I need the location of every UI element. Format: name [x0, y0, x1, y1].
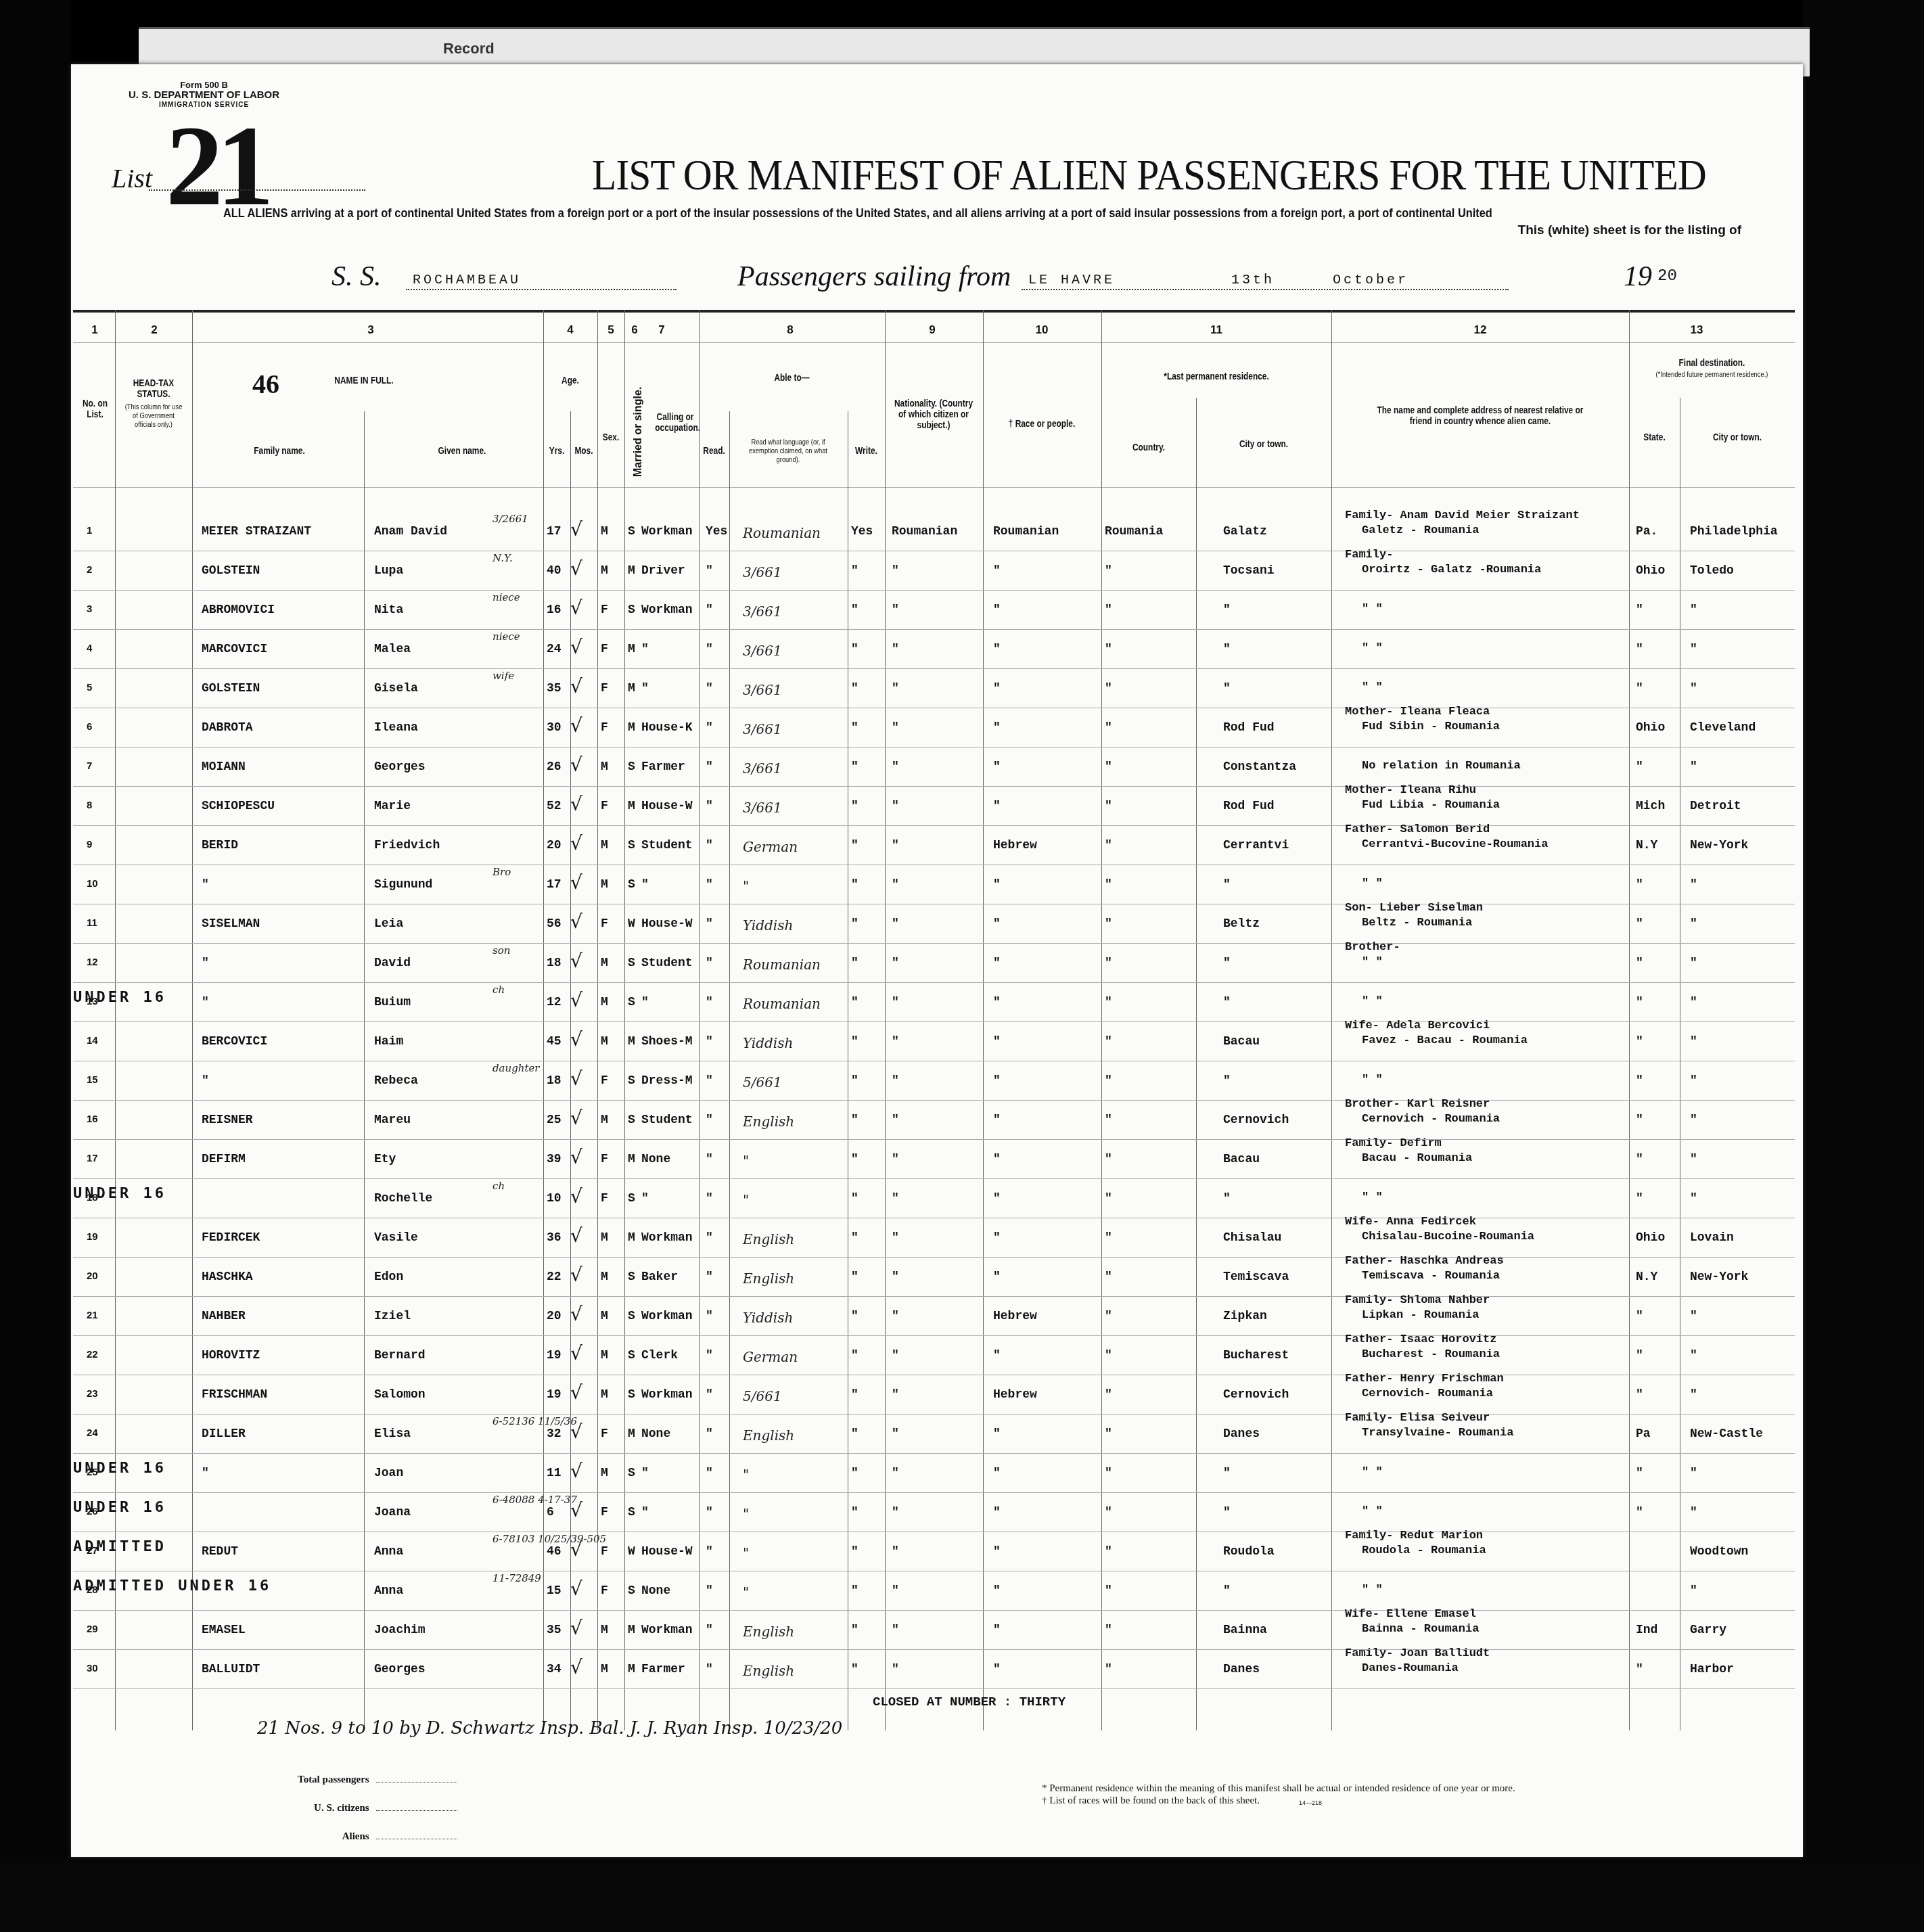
cell-lang: 3/661 — [743, 564, 782, 580]
cell-state: Ohio — [1636, 721, 1665, 735]
inspector-signatures: 21 Nos. 9 to 10 by D. Schwartz Insp. Bal… — [257, 1718, 842, 1739]
cell-relative-line1: Father- Isaac Horovitz — [1345, 1333, 1496, 1348]
cell-read: " — [706, 1349, 713, 1362]
cell-sex: M — [601, 996, 608, 1009]
cell-note: wife — [493, 670, 514, 682]
cell-family: EMASEL — [202, 1624, 246, 1637]
cell-nat: Roumanian — [892, 525, 957, 538]
cell-no: 1 — [87, 525, 92, 536]
cell-read: " — [706, 1467, 713, 1480]
cell-city: " — [1223, 603, 1231, 617]
cell-occ: Workman — [641, 603, 693, 617]
cell-lang: English — [743, 1663, 794, 1679]
cell-ms: M — [628, 682, 635, 695]
cell-relative-line2: Oroirtz - Galatz -Roumania — [1362, 563, 1541, 578]
form-number: Form 500 B — [129, 80, 279, 90]
col-num-12: 12 — [1474, 323, 1487, 337]
ship-name: ROCHAMBEAU — [413, 273, 521, 288]
cell-given: Malea — [374, 643, 411, 656]
cell-dest: " — [1690, 1310, 1697, 1323]
cell-given: Ileana — [374, 721, 418, 735]
cell-read: Yes — [706, 525, 727, 538]
checkmark-icon: √ — [570, 1656, 582, 1678]
cell-write: " — [851, 760, 858, 774]
cell-sex: F — [601, 917, 608, 931]
cell-sex: M — [601, 525, 608, 538]
cell-write: " — [851, 603, 858, 617]
cell-read: " — [706, 800, 713, 813]
checkmark-icon: √ — [570, 1617, 582, 1639]
aliens-field — [376, 1839, 457, 1839]
cell-occ: House-W — [641, 1545, 693, 1559]
cell-lang: English — [743, 1624, 794, 1640]
cell-dest: Toledo — [1690, 564, 1734, 578]
cell-country: Roumania — [1105, 525, 1163, 538]
cell-city: Galatz — [1223, 525, 1267, 538]
cell-given: Georges — [374, 1663, 426, 1676]
checkmark-icon: √ — [570, 1381, 582, 1404]
cell-occ: Student — [641, 839, 693, 852]
cell-dest: " — [1690, 1153, 1697, 1166]
cell-city: Rod Fud — [1223, 800, 1275, 813]
cell-age: 30 — [547, 721, 562, 735]
cell-ms: M — [628, 1427, 635, 1441]
cell-sex: F — [601, 800, 608, 813]
cell-age: 35 — [547, 682, 562, 695]
table-row: 22HOROVITZBernard19MSClerk"German""""Buc… — [73, 1337, 1795, 1376]
cell-race: " — [993, 1192, 1001, 1205]
cell-race: Hebrew — [993, 839, 1037, 852]
table-row: 4MARCOVICIMalea24FM""3/661"""""""niece" … — [73, 630, 1795, 670]
cell-occ: Workman — [641, 1624, 693, 1637]
cell-read: " — [706, 996, 713, 1009]
cell-lang: " — [743, 878, 749, 894]
cell-occ: Workman — [641, 1388, 693, 1402]
cell-city: Temiscava — [1223, 1270, 1289, 1284]
cell-age: 40 — [547, 564, 562, 578]
cell-dest: " — [1690, 1349, 1697, 1362]
cell-race: " — [993, 996, 1001, 1009]
cell-nat: " — [892, 1310, 899, 1323]
cell-no: 2 — [87, 564, 92, 576]
cell-country: " — [1105, 1427, 1112, 1441]
header-dest-city: City or town. — [1689, 432, 1787, 442]
cell-race: " — [993, 603, 1001, 617]
header-age: Age. — [547, 375, 593, 386]
department: U. S. DEPARTMENT OF LABOR — [129, 90, 279, 100]
ship-line — [406, 289, 677, 290]
cell-sex: M — [601, 1349, 608, 1362]
cell-state: N.Y — [1636, 839, 1657, 852]
cell-ms: M — [628, 1231, 635, 1245]
cell-relative-line2: Lipkan - Roumania — [1362, 1308, 1479, 1323]
cell-dest: New-York — [1690, 1270, 1748, 1284]
cell-sex: M — [601, 760, 608, 774]
header-family-name: Family name. — [236, 445, 323, 456]
table-row: 26UNDER 16Joana6FS""""""""""6-48088 4-17… — [73, 1494, 1795, 1533]
cell-dest: " — [1690, 1113, 1697, 1127]
cell-race: " — [993, 878, 1001, 892]
cell-no: 20 — [87, 1270, 98, 1282]
cell-age: 36 — [547, 1231, 562, 1245]
day: 13th — [1231, 273, 1275, 288]
cell-given: Anna — [374, 1584, 403, 1598]
cell-write: " — [851, 1506, 858, 1519]
cell-note: niece — [493, 630, 520, 643]
checkmark-icon: √ — [570, 1578, 582, 1600]
header-married: Married or single. — [633, 384, 644, 479]
cell-country: " — [1105, 917, 1112, 931]
checkmark-icon: √ — [570, 911, 582, 933]
cell-age: 17 — [547, 525, 562, 538]
cell-dest: " — [1690, 957, 1697, 970]
cell-relative-line2: Galetz - Roumania — [1362, 524, 1479, 538]
checkmark-icon: √ — [570, 1224, 582, 1247]
cell-sex: F — [601, 643, 608, 656]
header-final-destination-note: (*Intended future permanent residence.) — [1641, 371, 1782, 379]
checkmark-icon: √ — [570, 1460, 582, 1482]
cell-dest: New-Castle — [1690, 1427, 1763, 1441]
cell-dest: Harbor — [1690, 1663, 1734, 1676]
cell-lang: Roumanian — [743, 957, 821, 973]
cell-country: " — [1105, 1545, 1112, 1559]
cell-family: ABROMOVICI — [202, 603, 275, 617]
cell-race: " — [993, 564, 1001, 578]
cell-family: GOLSTEIN — [202, 682, 260, 695]
cell-relative-line1: Wife- Adela Bercovici — [1345, 1019, 1490, 1034]
cell-state: Pa — [1636, 1427, 1651, 1441]
list-label: List — [112, 162, 152, 194]
cell-race: " — [993, 1349, 1001, 1362]
cell-state: " — [1636, 1467, 1643, 1480]
cell-age: 20 — [547, 1310, 562, 1323]
cell-sex: F — [601, 1506, 608, 1519]
table-row: 1MEIER STRAIZANTAnam David17MSWorkmanYes… — [73, 513, 1795, 552]
cell-no: 30 — [87, 1663, 98, 1674]
cell-dest: " — [1690, 603, 1697, 617]
cell-country: " — [1105, 1074, 1112, 1088]
cell-city: " — [1223, 1074, 1231, 1088]
cell-no: 7 — [87, 760, 92, 772]
cell-relative-line1: Family- Anam David Meier Straizant — [1345, 509, 1580, 524]
cell-age: 12 — [547, 996, 562, 1009]
cell-relative-line1: Brother- — [1345, 940, 1400, 955]
cell-country: " — [1105, 1584, 1112, 1598]
cell-occ: " — [641, 1467, 649, 1480]
cell-dest: " — [1690, 1388, 1697, 1402]
total-passengers-label: Total passengers — [298, 1774, 369, 1785]
cell-write: " — [851, 1231, 858, 1245]
cell-country: " — [1105, 643, 1112, 656]
cell-family: HOROVITZ — [202, 1349, 260, 1362]
cell-family: NAHBER — [202, 1310, 246, 1323]
cell-write: " — [851, 564, 858, 578]
cell-occ: Shoes-M — [641, 1035, 693, 1049]
cell-relative-line1: Father- Henry Frischman — [1345, 1372, 1504, 1387]
scan-border-left — [0, 0, 71, 1932]
cell-dest: " — [1690, 1192, 1697, 1205]
cell-age: 56 — [547, 917, 562, 931]
cell-lang: 3/661 — [743, 760, 782, 777]
cell-relative-line1: Son- Lieber Siselman — [1345, 901, 1483, 916]
cell-country: " — [1105, 1231, 1112, 1245]
checkmark-icon: √ — [570, 1185, 582, 1207]
cell-race: " — [993, 682, 1001, 695]
cell-note: ch — [493, 1180, 505, 1192]
cell-relative-line2: " " — [1362, 877, 1383, 892]
cell-nat: " — [892, 1349, 899, 1362]
cell-read: " — [706, 1663, 713, 1676]
cell-given: Georges — [374, 760, 426, 774]
cell-lang: " — [743, 1467, 749, 1483]
header-given-name: Given name. — [419, 445, 505, 456]
checkmark-icon: √ — [570, 1499, 582, 1521]
cell-race: " — [993, 1153, 1001, 1166]
header-mos: Mos. — [572, 445, 595, 456]
footnote-residence: * Permanent residence within the meaning… — [1042, 1782, 1515, 1795]
table-row: 23FRISCHMANSalomon19MSWorkman"5/661""Heb… — [73, 1376, 1795, 1415]
cell-write: " — [851, 996, 858, 1009]
cell-ms: M — [628, 1663, 635, 1676]
col-num-9: 9 — [929, 323, 935, 337]
cell-city: " — [1223, 682, 1231, 695]
checkmark-icon: √ — [570, 1342, 582, 1364]
cell-sex: M — [601, 957, 608, 970]
table-row: 13UNDER 16"Buium12MS""Roumanian"""""""ch… — [73, 984, 1795, 1023]
cell-nat: " — [892, 721, 899, 735]
cell-nat: " — [892, 643, 899, 656]
cell-sex: F — [601, 1427, 608, 1441]
cell-lang: English — [743, 1113, 794, 1130]
cell-nat: " — [892, 1113, 899, 1127]
cell-ms: S — [628, 1349, 635, 1362]
cell-write: " — [851, 1270, 858, 1284]
year-suffix: 20 — [1657, 267, 1677, 285]
voyage-line: S. S. ROCHAMBEAU Passengers sailing from… — [331, 260, 1718, 294]
cell-country: " — [1105, 1349, 1112, 1362]
cell-ms: M — [628, 800, 635, 813]
cell-sex: F — [601, 682, 608, 695]
ss-label: S. S. — [331, 260, 382, 293]
cell-note: 11-72849 — [493, 1572, 541, 1584]
cell-no: 6 — [87, 721, 92, 733]
table-row: 21NAHBERIziel20MSWorkman"Yiddish""Hebrew… — [73, 1297, 1795, 1337]
cell-ms: S — [628, 1467, 635, 1480]
table-row: 16REISNERMareu25MSStudent"English""""Cer… — [73, 1101, 1795, 1141]
cell-ms: M — [628, 721, 635, 735]
cell-race: " — [993, 1113, 1001, 1127]
cell-age: 32 — [547, 1427, 562, 1441]
cell-relative-line2: Roudola - Roumania — [1362, 1544, 1486, 1559]
cell-note: ch — [493, 984, 505, 996]
header-city: City or town. — [1206, 438, 1321, 449]
year-prefix: 19 — [1624, 260, 1652, 293]
cell-country: " — [1105, 878, 1112, 892]
cell-age: 17 — [547, 878, 562, 892]
cell-no: 9 — [87, 839, 92, 850]
cell-lang: 3/661 — [743, 643, 782, 659]
cell-relative-line2: Bacau - Roumania — [1362, 1151, 1472, 1166]
cell-city: Rod Fud — [1223, 721, 1275, 735]
form-code: 14—218 — [1299, 1799, 1322, 1806]
cell-sex: M — [601, 1113, 608, 1127]
checkmark-icon: √ — [570, 754, 582, 776]
cell-write: " — [851, 1113, 858, 1127]
sailing-label: Passengers sailing from — [737, 260, 1011, 293]
cell-write: " — [851, 682, 858, 695]
header-yrs: Yrs. — [545, 445, 568, 456]
cell-age: 39 — [547, 1153, 562, 1166]
cell-given: Joan — [374, 1467, 403, 1480]
cell-lang: " — [743, 1545, 749, 1561]
cell-occ: Driver — [641, 564, 685, 578]
cell-nat: " — [892, 917, 899, 931]
cell-relative-line1: Family- Elisa Seiveur — [1345, 1411, 1490, 1426]
header-sex: Sex. — [599, 432, 622, 442]
cell-write: " — [851, 1388, 858, 1402]
cell-write: " — [851, 1310, 858, 1323]
cell-city: Roudola — [1223, 1545, 1275, 1559]
cell-read: " — [706, 603, 713, 617]
cell-city: Cerrantvi — [1223, 839, 1289, 852]
cell-relative-line2: Cernovich - Roumania — [1362, 1112, 1500, 1127]
cell-country: " — [1105, 1388, 1112, 1402]
cell-relative-line1: Father- Salomon Berid — [1345, 823, 1490, 837]
table-row: 15"Rebeca18FSDress-M"5/661"""""""daughte… — [73, 1062, 1795, 1101]
cell-nat: " — [892, 1035, 899, 1049]
cell-relative-line2: " " — [1362, 955, 1383, 970]
cell-ms: S — [628, 525, 635, 538]
cell-country: " — [1105, 682, 1112, 695]
cell-given: Leia — [374, 917, 403, 931]
cell-city: " — [1223, 1506, 1231, 1519]
cell-nat: " — [892, 1663, 899, 1676]
cell-state: " — [1636, 682, 1643, 695]
cell-lang: 5/661 — [743, 1074, 782, 1090]
cell-dest: " — [1690, 1035, 1697, 1049]
cell-sex: M — [601, 878, 608, 892]
cell-family: BALLUIDT — [202, 1663, 260, 1676]
cell-relative-line2: " " — [1362, 1073, 1383, 1088]
us-citizens-label: U. S. citizens — [314, 1803, 369, 1814]
closed-at-number: CLOSED AT NUMBER : THIRTY — [873, 1695, 1066, 1709]
cell-write: " — [851, 1624, 858, 1637]
cell-ms: S — [628, 1584, 635, 1598]
cell-country: " — [1105, 1506, 1112, 1519]
cell-no: 14 — [87, 1035, 98, 1046]
cell-family: FEDIRCEK — [202, 1231, 260, 1245]
cell-dest: Lovain — [1690, 1231, 1734, 1245]
cell-given: Edon — [374, 1270, 403, 1284]
cell-lang: German — [743, 1349, 798, 1365]
cell-relative-line1: Family- — [1345, 548, 1393, 563]
cell-country: " — [1105, 1035, 1112, 1049]
cell-given: Joachim — [374, 1624, 426, 1637]
header-name-in-full: NAME IN FULL. — [306, 375, 421, 386]
col-num-8: 8 — [787, 323, 793, 337]
cell-nat: " — [892, 564, 899, 578]
checkmark-icon: √ — [570, 1303, 582, 1325]
cell-sex: M — [601, 1624, 608, 1637]
cell-tax: UNDER 16 — [73, 1499, 166, 1516]
cell-given: Nita — [374, 603, 403, 617]
sheet-count: 46 — [252, 368, 279, 400]
cell-age: 24 — [547, 643, 562, 656]
cell-write: " — [851, 878, 858, 892]
cell-family: MARCOVICI — [202, 643, 267, 656]
cell-read: " — [706, 643, 713, 656]
table-row: 11SISELMANLeia56FWHouse-W"Yiddish""""Bel… — [73, 905, 1795, 944]
cell-given: Bernard — [374, 1349, 426, 1362]
cell-city: Constantza — [1223, 760, 1296, 774]
cell-lang: German — [743, 839, 798, 855]
cell-occ: Workman — [641, 1231, 693, 1245]
cell-read: " — [706, 878, 713, 892]
col-num-11: 11 — [1210, 323, 1222, 337]
header-last-residence: *Last permanent residence. — [1119, 371, 1314, 382]
cell-note: 6-78103 10/25/39-505 — [493, 1533, 606, 1545]
cell-age: 19 — [547, 1388, 562, 1402]
cell-given: Iziel — [374, 1310, 411, 1323]
cell-relative-line1: Family- Defirm — [1345, 1136, 1442, 1151]
cell-state: Ind — [1636, 1624, 1657, 1637]
cell-family: DEFIRM — [202, 1153, 246, 1166]
cell-country: " — [1105, 996, 1112, 1009]
cell-state: Pa. — [1636, 525, 1657, 538]
table-row: 24DILLERElisa32FMNone"English""""DanesPa… — [73, 1415, 1795, 1454]
cell-lang: Roumanian — [743, 525, 821, 541]
cell-ms: S — [628, 1192, 635, 1205]
table-row: 2GOLSTEINLupa40MMDriver"3/661""""Tocsani… — [73, 552, 1795, 591]
cell-write: " — [851, 957, 858, 970]
cell-note: Bro — [493, 866, 511, 878]
cell-city: Bacau — [1223, 1035, 1260, 1049]
col-num-6: 6 — [631, 323, 637, 337]
cell-family: REDUT — [202, 1545, 238, 1559]
list-line — [149, 189, 365, 191]
header-relative: The name and complete address of nearest… — [1365, 405, 1595, 426]
cell-no: 11 — [87, 917, 97, 929]
checkmark-icon: √ — [570, 518, 582, 540]
cell-relative-line1: Family- Redut Marion — [1345, 1529, 1483, 1544]
cell-country: " — [1105, 760, 1112, 774]
cell-nat: " — [892, 1467, 899, 1480]
cell-lang: Yiddish — [743, 1310, 793, 1326]
cell-read: " — [706, 1545, 713, 1559]
scan-border-bottom — [0, 1858, 1924, 1932]
cell-ms: M — [628, 643, 635, 656]
cell-state: Ohio — [1636, 1231, 1665, 1245]
cell-no: 16 — [87, 1113, 98, 1125]
cell-occ: Workman — [641, 525, 693, 538]
cell-note: 3/2661 — [493, 513, 528, 525]
cell-family: MEIER STRAIZANT — [202, 525, 311, 538]
table-row: 20HASCHKAEdon22MSBaker"English""""Temisc… — [73, 1258, 1795, 1297]
cell-occ: House-W — [641, 917, 693, 931]
cell-no: 24 — [87, 1427, 98, 1439]
cell-read: " — [706, 564, 713, 578]
cell-relative-line2: " " — [1362, 1191, 1383, 1205]
cell-no: 19 — [87, 1231, 98, 1243]
cell-relative-line2: " " — [1362, 1583, 1383, 1598]
cell-ms: W — [628, 917, 635, 931]
cell-nat: " — [892, 1584, 899, 1598]
cell-nat: " — [892, 957, 899, 970]
cell-relative-line2: Fud Sibin - Roumania — [1362, 720, 1500, 735]
cell-note: 6-52136 11/5/36 — [493, 1415, 577, 1427]
cell-read: " — [706, 917, 713, 931]
cell-occ: House-K — [641, 721, 693, 735]
